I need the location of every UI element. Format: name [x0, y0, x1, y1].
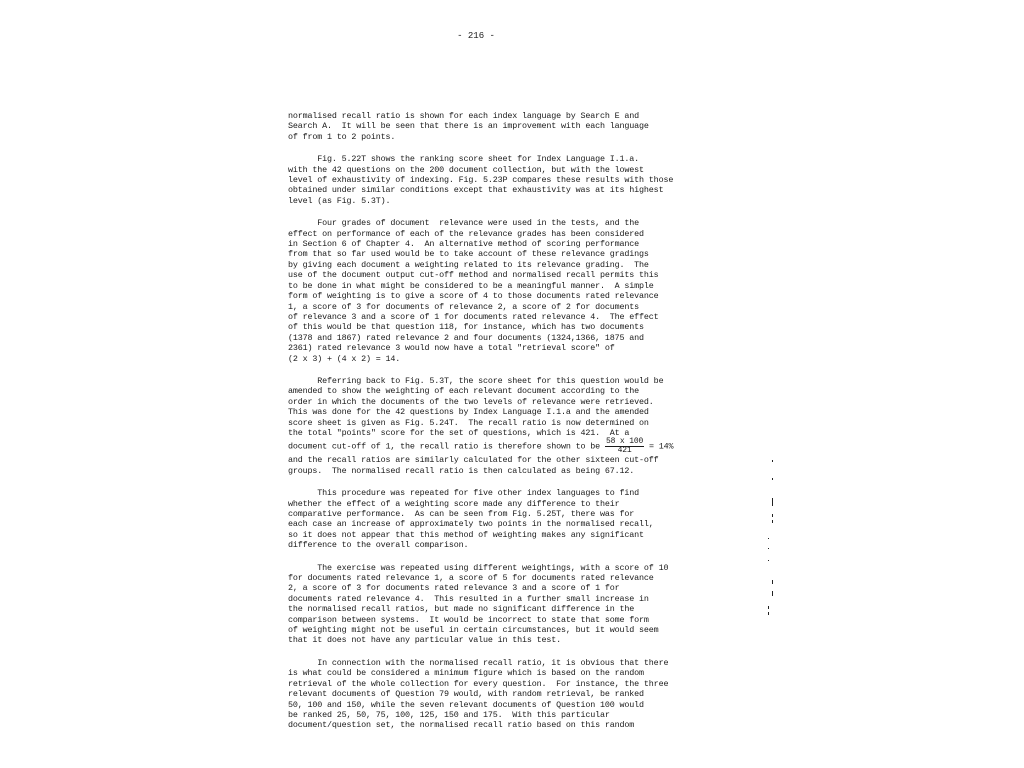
text-line: The exercise was repeated using differen…	[288, 563, 672, 573]
text-line: from that so far used would be to take a…	[288, 249, 672, 259]
text-line: whether the effect of a weighting score …	[288, 499, 672, 509]
text-line: the normalised recall ratios, but made n…	[288, 604, 672, 614]
text-line: comparison between systems. It would be …	[288, 615, 672, 625]
text-line: In connection with the normalised recall…	[288, 658, 672, 668]
document-body: normalised recall ratio is shown for eac…	[288, 111, 672, 743]
text-line: Search A. It will be seen that there is …	[288, 121, 672, 131]
text-line: order in which the documents of the two …	[288, 397, 672, 407]
paragraph: In connection with the normalised recall…	[288, 658, 672, 731]
text-line: of from 1 to 2 points.	[288, 132, 672, 142]
text-line: obtained under similar conditions except…	[288, 185, 672, 195]
text-line: 2, a score of 3 for documents rated rele…	[288, 583, 672, 593]
text-line: form of weighting is to give a score of …	[288, 291, 672, 301]
text-line: each case an increase of approximately t…	[288, 519, 672, 529]
fraction-denominator: 421	[605, 447, 644, 455]
text-line: comparative performance. As can be seen …	[288, 509, 672, 519]
text-line: amended to show the weighting of each re…	[288, 386, 672, 396]
text-line: retrieval of the whole collection for ev…	[288, 679, 672, 689]
text-line: so it does not appear that this method o…	[288, 530, 672, 540]
paragraph: normalised recall ratio is shown for eac…	[288, 111, 672, 142]
text-line: effect on performance of each of the rel…	[288, 229, 672, 239]
text-line: documents rated relevance 4. This result…	[288, 594, 672, 604]
text-line: document cut-off of 1, the recall ratio …	[288, 438, 672, 455]
text-line: Four grades of document relevance were u…	[288, 218, 672, 228]
text-line: be ranked 25, 50, 75, 100, 125, 150 and …	[288, 710, 672, 720]
paragraph: Four grades of document relevance were u…	[288, 218, 672, 364]
text-line: This was done for the 42 questions by In…	[288, 407, 672, 417]
paragraph: Fig. 5.22T shows the ranking score sheet…	[288, 154, 672, 206]
text-line: level of exhaustivity of indexing. Fig. …	[288, 175, 672, 185]
text-line: This procedure was repeated for five oth…	[288, 488, 672, 498]
text-line: 1, a score of 3 for documents of relevan…	[288, 302, 672, 312]
text-line: to be done in what might be considered t…	[288, 281, 672, 291]
text-line: by giving each document a weighting rela…	[288, 260, 672, 270]
text-line: (1378 and 1867) rated relevance 2 and fo…	[288, 333, 672, 343]
text-line: groups. The normalised recall ratio is t…	[288, 466, 672, 476]
text-line: is what could be considered a minimum fi…	[288, 668, 672, 678]
paragraph: Referring back to Fig. 5.3T, the score s…	[288, 376, 672, 476]
text-line: with the 42 questions on the 200 documen…	[288, 165, 672, 175]
text-line: and the recall ratios are similarly calc…	[288, 455, 672, 465]
page-number: - 216 -	[0, 31, 952, 41]
text-line: of this would be that question 118, for …	[288, 322, 672, 332]
paragraph: The exercise was repeated using differen…	[288, 563, 672, 646]
text-line: use of the document output cut-off metho…	[288, 270, 672, 280]
text-line: level (as Fig. 5.3T).	[288, 196, 672, 206]
text-line: Fig. 5.22T shows the ranking score sheet…	[288, 154, 672, 164]
text-line: 50, 100 and 150, while the seven relevan…	[288, 700, 672, 710]
text-line: score sheet is given as Fig. 5.24T. The …	[288, 418, 672, 428]
text-line: document/question set, the normalised re…	[288, 720, 672, 730]
text-line: 2361) rated relevance 3 would now have a…	[288, 343, 672, 353]
text-line: (2 x 3) + (4 x 2) = 14.	[288, 354, 672, 364]
paragraph: This procedure was repeated for five oth…	[288, 488, 672, 550]
text-line: that it does not have any particular val…	[288, 635, 672, 645]
text-line: Referring back to Fig. 5.3T, the score s…	[288, 376, 672, 386]
text-line: of weighting might not be useful in cert…	[288, 625, 672, 635]
text-line: in Section 6 of Chapter 4. An alternativ…	[288, 239, 672, 249]
text-line: normalised recall ratio is shown for eac…	[288, 111, 672, 121]
text-line: for documents rated relevance 1, a score…	[288, 573, 672, 583]
margin-marks	[768, 460, 778, 660]
fraction: 58 x 100421	[605, 438, 644, 455]
text-line: of relevance 3 and a score of 1 for docu…	[288, 312, 672, 322]
text-line: relevant documents of Question 79 would,…	[288, 689, 672, 699]
text-line: difference to the overall comparison.	[288, 540, 672, 550]
